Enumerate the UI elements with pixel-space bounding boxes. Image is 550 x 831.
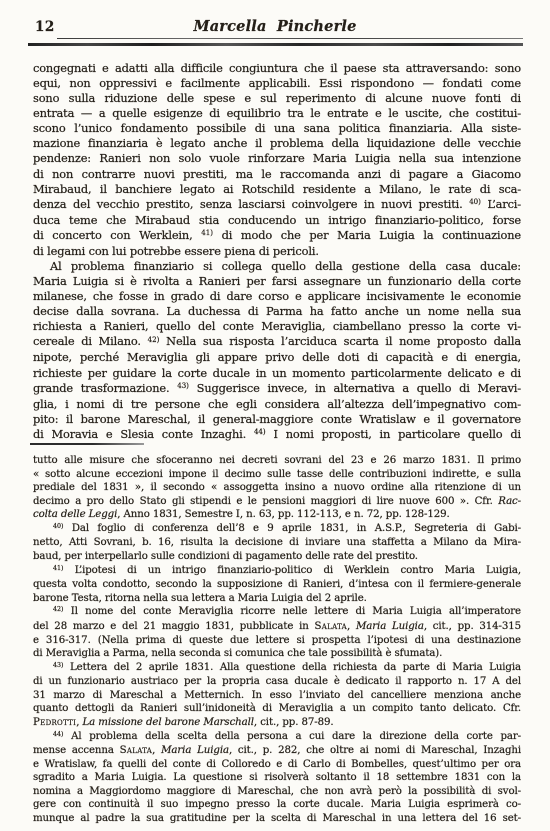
text-segment: duca teme che Mirabaud stia conducendo u… — [33, 213, 521, 227]
footnote-marker: 44) — [53, 731, 64, 738]
text-segment: cereale di Milano. — [33, 334, 148, 348]
text-line: 43) Lettera del 2 aprile 1831. Alla ques… — [33, 661, 521, 676]
text-line: scono l’unico fondamento possibile di un… — [33, 121, 521, 136]
footnote-separator-rule — [30, 443, 144, 445]
text-segment: grande trasformazione. — [33, 381, 177, 395]
text-segment: sono sulla riduzione delle spese e sul r… — [33, 91, 521, 105]
text-segment: equi, non oppressivi e facilmente applic… — [33, 76, 521, 90]
text-segment: , cit., pp. 87-89. — [254, 717, 334, 728]
book-page: 12 Marcella Pincherle congegnati e adatt… — [0, 0, 550, 831]
text-segment: prediale del 1831 », il secondo « assogg… — [33, 482, 521, 493]
text-segment: , Anno 1831, Semestre I, n. 63, pp. 112-… — [117, 509, 449, 520]
text-line: questa volta condotto, secondo la suppos… — [33, 578, 521, 592]
text-segment: baud, per interpellarlo sulle condizioni… — [33, 551, 418, 562]
body-text: congegnati e adatti alla difficile congi… — [33, 61, 521, 443]
text-segment: pito: il barone Mareschal, il general-ma… — [33, 412, 521, 426]
footnote-marker: 41) — [201, 228, 213, 237]
text-segment: del 28 marzo e del 21 maggio 1831, pubbl… — [33, 621, 315, 632]
header-rule-thin — [57, 38, 523, 39]
text-segment: Rac- — [498, 496, 521, 507]
text-segment: colta delle Leggi — [33, 509, 117, 520]
text-line: e 316-317. (Nella prima di queste due le… — [33, 634, 521, 648]
text-segment: « sotto alcune eccezioni impone il decim… — [33, 469, 521, 480]
text-segment: richieste per guidare la corte ducale in… — [33, 366, 521, 380]
text-line: di Meraviglia a Parma, nella seconda si … — [33, 647, 521, 661]
text-line: Maria Luigia si è rivolta a Ranieri per … — [33, 274, 521, 289]
text-line: prediale del 1831 », il secondo « assogg… — [33, 481, 521, 495]
text-segment: Salata — [120, 745, 153, 756]
text-segment: Maria Luigia — [356, 621, 424, 632]
text-segment: , — [152, 745, 161, 756]
text-segment: Maria Luigia si è rivolta a Ranieri per … — [33, 274, 521, 288]
text-segment: L’ipotesi di un intrigo finanziario-poli… — [64, 565, 522, 576]
text-segment: scono l’unico fondamento possibile di un… — [33, 121, 521, 135]
text-line: mazione finanziaria è legato anche il pr… — [33, 136, 521, 151]
text-line: pito: il barone Mareschal, il general-ma… — [33, 412, 521, 427]
text-segment: Maria Luigia — [161, 745, 229, 756]
text-segment: Suggerisce invece, in alternativa a quel… — [189, 381, 521, 395]
text-segment: Dal foglio di conferenza dell’8 e 9 apri… — [64, 523, 522, 534]
text-segment: e Wratislaw, fa quelli del conte di Coll… — [33, 759, 521, 770]
text-segment: mense accenna — [33, 745, 120, 756]
text-segment: questa volta condotto, secondo la suppos… — [33, 579, 521, 590]
text-segment: L’arci- — [481, 197, 521, 211]
text-line: di non contrarre nuovi prestiti, ma le r… — [33, 167, 521, 182]
text-segment: di non contrarre nuovi prestiti, ma le r… — [33, 167, 521, 181]
footnotes: tutto alle misure che sfoceranno nei dec… — [33, 454, 521, 826]
text-line: di legami con lui potrebbe essere piena … — [33, 244, 521, 259]
text-segment: La missione del barone Marschall — [83, 717, 254, 728]
text-line: equi, non oppressivi e facilmente applic… — [33, 76, 521, 91]
text-line: congegnati e adatti alla difficile congi… — [33, 61, 521, 76]
text-segment: entrata — a quelle esigenze di equilibri… — [33, 106, 521, 120]
text-segment: barone Testa, ritorna nella sua lettera … — [33, 593, 367, 604]
text-segment: tutto alle misure che sfoceranno nei dec… — [33, 455, 521, 466]
text-segment: decise dalla sovrana. La duchessa di Par… — [33, 304, 521, 318]
text-line: entrata — a quelle esigenze di equilibri… — [33, 106, 521, 121]
text-segment: di modo che per Maria Luigia la continua… — [213, 228, 521, 242]
text-segment: Nella sua risposta l’arciduca scarta il … — [159, 334, 521, 348]
text-line: di un funzionario austriaco per la propr… — [33, 675, 521, 689]
text-line: barone Testa, ritorna nella sua lettera … — [33, 592, 521, 606]
text-segment: richiesta a Ranieri, quello del conte Me… — [33, 319, 521, 333]
text-line: quanto dettogli da Ranieri sull’inidonei… — [33, 702, 521, 716]
text-segment: di Meraviglia a Parma, nella seconda si … — [33, 648, 442, 659]
text-line: sgradito a Maria Luigia. La questione si… — [33, 771, 521, 785]
text-segment: , cit., pp. 314-315 — [424, 621, 521, 632]
text-line: e Wratislaw, fa quelli del conte di Coll… — [33, 758, 521, 772]
footnote-marker: 42) — [53, 606, 64, 613]
text-segment: Pedrotti — [33, 717, 76, 728]
text-line: 42) Il nome del conte Meraviglia ricorre… — [33, 605, 521, 620]
text-segment: decimo a pro dello Stato gli stipendi e … — [33, 496, 498, 507]
text-line: 40) Dal foglio di conferenza dell’8 e 9 … — [33, 522, 521, 537]
text-line: richiesta a Ranieri, quello del conte Me… — [33, 319, 521, 334]
text-segment: di concerto con Werklein, — [33, 228, 201, 242]
text-segment: Al problema finanziario si collega quell… — [50, 259, 521, 273]
text-segment: , — [347, 621, 356, 632]
footnote-marker: 43) — [177, 381, 189, 390]
running-title: Marcella Pincherle — [0, 18, 550, 35]
text-line: « sotto alcune eccezioni impone il decim… — [33, 468, 521, 482]
text-line: tutto alle misure che sfoceranno nei dec… — [33, 454, 521, 468]
text-line: cereale di Milano. 42) Nella sua rispost… — [33, 334, 521, 350]
text-segment: e 316-317. (Nella prima di queste due le… — [33, 635, 521, 646]
text-line: decimo a pro dello Stato gli stipendi e … — [33, 495, 521, 509]
text-segment: Mirabaud, il banchiere legato ai Rotschi… — [33, 182, 521, 196]
text-segment: Salata — [315, 621, 348, 632]
text-segment: gere con continuità il suo impegno press… — [33, 799, 521, 810]
text-line: gere con continuità il suo impegno press… — [33, 798, 521, 812]
footnote-marker: 43) — [53, 662, 64, 669]
text-segment: , cit., p. 282, che oltre ai nomi di Mar… — [229, 745, 521, 756]
text-line: denza del vecchio prestito, senza lascia… — [33, 197, 521, 213]
text-segment: Lettera del 2 aprile 1831. Alla question… — [64, 662, 522, 673]
text-segment: nomina a Maggiordomo maggiore di Maresch… — [33, 786, 521, 797]
text-segment: sgradito a Maria Luigia. La questione si… — [33, 772, 521, 783]
text-line: nomina a Maggiordomo maggiore di Maresch… — [33, 785, 521, 799]
text-segment: di legami con lui potrebbe essere piena … — [33, 244, 319, 258]
text-segment: milanese, che fosse in grado di dare cor… — [33, 289, 521, 303]
text-segment: nipote, perché Meraviglia gli appare pri… — [33, 350, 521, 364]
footnote-marker: 44) — [254, 427, 266, 436]
text-line: Pedrotti, La missione del barone Marscha… — [33, 716, 521, 730]
text-line: mense accenna Salata, Maria Luigia, cit.… — [33, 744, 521, 758]
text-segment: mazione finanziaria è legato anche il pr… — [33, 136, 521, 150]
text-line: baud, per interpellarlo sulle condizioni… — [33, 550, 521, 564]
text-segment: quanto dettogli da Ranieri sull’inidonei… — [33, 703, 521, 714]
text-line: 41) L’ipotesi di un intrigo finanziario-… — [33, 564, 521, 579]
text-segment: netto, Atti Sovrani, b. 16, risulta la d… — [33, 537, 521, 548]
text-line: 31 marzo di Mareschal a Metternich. In e… — [33, 689, 521, 703]
text-line: grande trasformazione. 43) Suggerisce in… — [33, 381, 521, 397]
text-line: di Moravia e Slesia conte Inzaghi. 44) I… — [33, 427, 521, 443]
text-segment: di Moravia e Slesia conte Inzaghi. — [33, 427, 254, 441]
text-segment: congegnati e adatti alla difficile congi… — [33, 61, 521, 75]
text-line: netto, Atti Sovrani, b. 16, risulta la d… — [33, 536, 521, 550]
text-line: richieste per guidare la corte ducale in… — [33, 366, 521, 381]
text-segment: di un funzionario austriaco per la propr… — [33, 676, 521, 687]
text-line: di concerto con Werklein, 41) di modo ch… — [33, 228, 521, 244]
text-segment: denza del vecchio prestito, senza lascia… — [33, 197, 469, 211]
text-line: decise dalla sovrana. La duchessa di Par… — [33, 304, 521, 319]
text-line: milanese, che fosse in grado di dare cor… — [33, 289, 521, 304]
text-line: nipote, perché Meraviglia gli appare pri… — [33, 350, 521, 365]
text-line: glia, i nomi di tre persone che egli con… — [33, 397, 521, 412]
text-line: pendenze: Ranieri non solo vuole rinforz… — [33, 151, 521, 166]
text-line: duca teme che Mirabaud stia conducendo u… — [33, 213, 521, 228]
footnote-marker: 41) — [53, 565, 64, 572]
text-segment: munque al padre la sua gratitudine per l… — [33, 813, 521, 824]
header-rule-thick — [28, 43, 523, 46]
text-line: sono sulla riduzione delle spese e sul r… — [33, 91, 521, 106]
text-segment: pendenze: Ranieri non solo vuole rinforz… — [33, 151, 521, 165]
text-line: del 28 marzo e del 21 maggio 1831, pubbl… — [33, 620, 521, 634]
text-line: Al problema finanziario si collega quell… — [33, 259, 521, 274]
text-segment: 31 marzo di Mareschal a Metternich. In e… — [33, 690, 521, 701]
text-line: Mirabaud, il banchiere legato ai Rotschi… — [33, 182, 521, 197]
text-segment: glia, i nomi di tre persone che egli con… — [33, 397, 521, 411]
footnote-marker: 40) — [53, 523, 64, 530]
footnote-marker: 42) — [148, 335, 160, 344]
text-segment: Al problema della scelta della persona a… — [64, 731, 522, 742]
text-line: munque al padre la sua gratitudine per l… — [33, 812, 521, 826]
text-segment: I nomi proposti, in particolare quello d… — [266, 427, 521, 441]
text-line: colta delle Leggi, Anno 1831, Semestre I… — [33, 508, 521, 522]
text-line: 44) Al problema della scelta della perso… — [33, 730, 521, 745]
footnote-marker: 40) — [469, 197, 481, 206]
text-segment: Il nome del conte Meraviglia ricorre nel… — [64, 606, 522, 617]
